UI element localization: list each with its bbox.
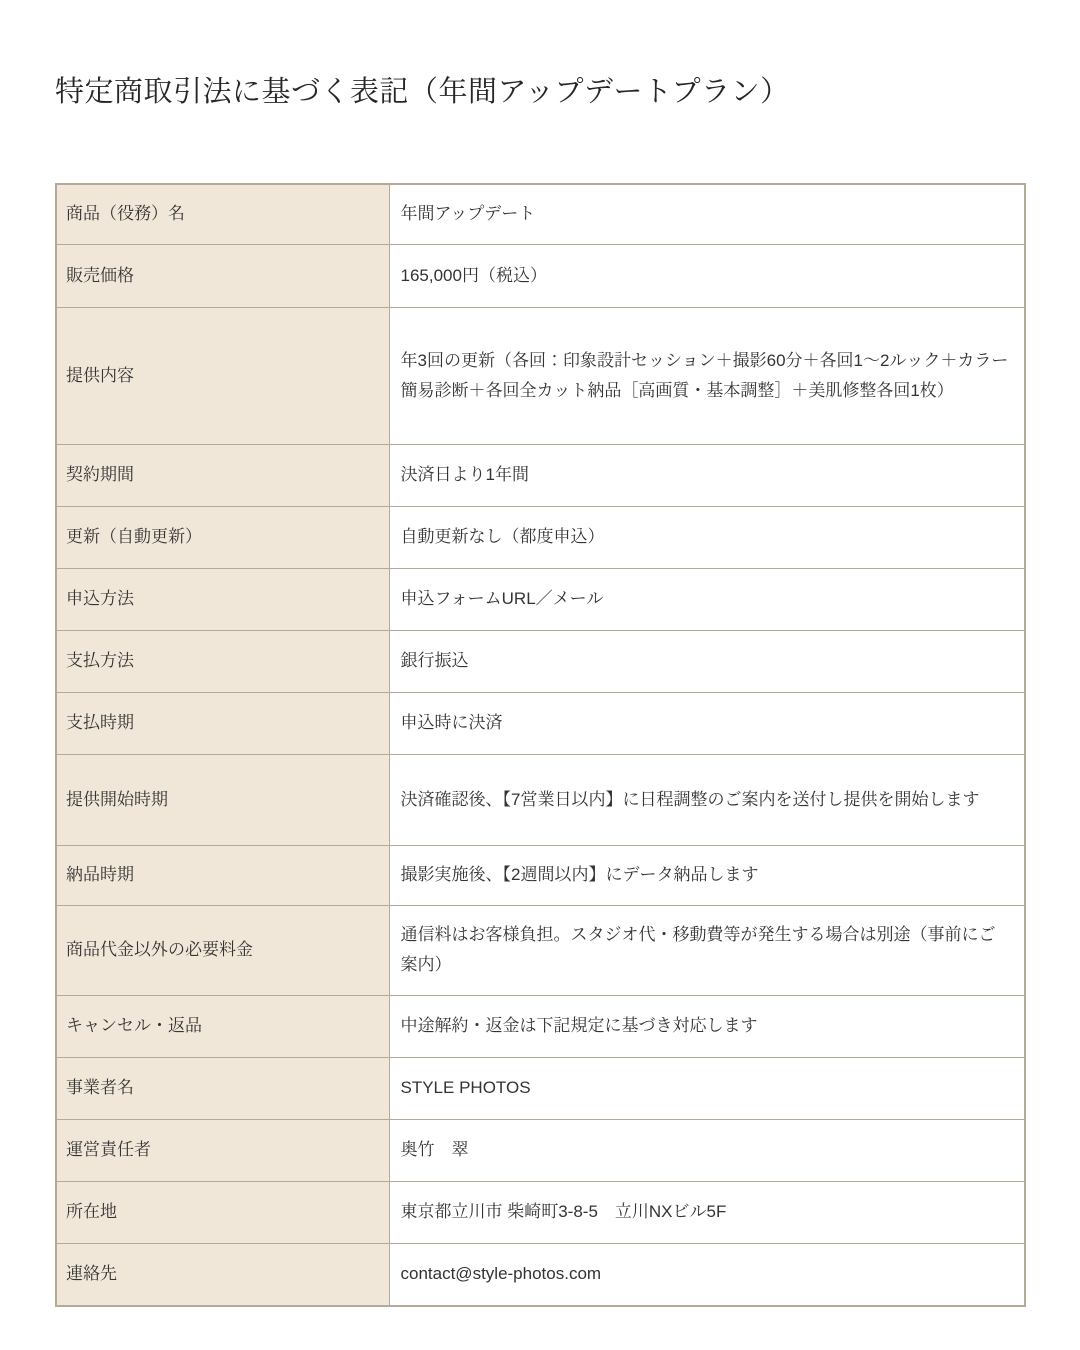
- field-value-address: 東京都立川市 柴崎町3-8-5 立川NXビル5F: [389, 1181, 1025, 1243]
- table-row: 販売価格 165,000円（税込）: [56, 244, 1025, 307]
- field-value-application-method: 申込フォームURL／メール: [389, 568, 1025, 630]
- field-value-additional-fees: 通信料はお客様負担。スタジオ代・移動費等が発生する場合は別途（事前にご案内）: [389, 905, 1025, 995]
- field-label-application-method: 申込方法: [56, 568, 389, 630]
- field-label-price: 販売価格: [56, 244, 389, 307]
- field-value-product-name: 年間アップデート: [389, 184, 1025, 244]
- legal-notice-table: 商品（役務）名 年間アップデート 販売価格 165,000円（税込） 提供内容 …: [55, 183, 1026, 1307]
- field-label-payment-method: 支払方法: [56, 630, 389, 692]
- table-row: 所在地 東京都立川市 柴崎町3-8-5 立川NXビル5F: [56, 1181, 1025, 1243]
- field-label-service-start: 提供開始時期: [56, 754, 389, 845]
- table-row: 運営責任者 奥竹 翠: [56, 1119, 1025, 1181]
- field-label-operations-manager: 運営責任者: [56, 1119, 389, 1181]
- field-value-price: 165,000円（税込）: [389, 244, 1025, 307]
- field-label-cancellation: キャンセル・返品: [56, 995, 389, 1057]
- field-value-service-contents: 年3回の更新（各回：印象設計セッション＋撮影60分＋各回1〜2ルック＋カラー簡易…: [389, 307, 1025, 444]
- field-label-contact: 連絡先: [56, 1243, 389, 1306]
- field-label-service-contents: 提供内容: [56, 307, 389, 444]
- table-row: 事業者名 STYLE PHOTOS: [56, 1057, 1025, 1119]
- field-label-product-name: 商品（役務）名: [56, 184, 389, 244]
- table-row: 提供内容 年3回の更新（各回：印象設計セッション＋撮影60分＋各回1〜2ルック＋…: [56, 307, 1025, 444]
- field-value-cancellation: 中途解約・返金は下記規定に基づき対応します: [389, 995, 1025, 1057]
- page-title: 特定商取引法に基づく表記（年間アップデートプラン）: [55, 74, 790, 112]
- table-row: 商品代金以外の必要料金 通信料はお客様負担。スタジオ代・移動費等が発生する場合は…: [56, 905, 1025, 995]
- field-value-operations-manager: 奥竹 翠: [389, 1119, 1025, 1181]
- field-value-contract-period: 決済日より1年間: [389, 444, 1025, 506]
- table-row: 提供開始時期 決済確認後、【7営業日以内】に日程調整のご案内を送付し提供を開始し…: [56, 754, 1025, 845]
- field-value-business-name: STYLE PHOTOS: [389, 1057, 1025, 1119]
- field-value-service-start: 決済確認後、【7営業日以内】に日程調整のご案内を送付し提供を開始します: [389, 754, 1025, 845]
- field-label-delivery-timing: 納品時期: [56, 845, 389, 905]
- legal-notice-page: 特定商取引法に基づく表記（年間アップデートプラン） 商品（役務）名 年間アップデ…: [0, 0, 1080, 1350]
- field-value-payment-method: 銀行振込: [389, 630, 1025, 692]
- table-row: キャンセル・返品 中途解約・返金は下記規定に基づき対応します: [56, 995, 1025, 1057]
- table-row: 契約期間 決済日より1年間: [56, 444, 1025, 506]
- table-row: 支払時期 申込時に決済: [56, 692, 1025, 754]
- field-value-delivery-timing: 撮影実施後、【2週間以内】にデータ納品します: [389, 845, 1025, 905]
- table-row: 支払方法 銀行振込: [56, 630, 1025, 692]
- field-label-business-name: 事業者名: [56, 1057, 389, 1119]
- table-row: 商品（役務）名 年間アップデート: [56, 184, 1025, 244]
- field-value-payment-timing: 申込時に決済: [389, 692, 1025, 754]
- table-row: 更新（自動更新） 自動更新なし（都度申込）: [56, 506, 1025, 568]
- field-label-contract-period: 契約期間: [56, 444, 389, 506]
- field-label-payment-timing: 支払時期: [56, 692, 389, 754]
- table-row: 連絡先 contact@style-photos.com: [56, 1243, 1025, 1306]
- field-value-contact: contact@style-photos.com: [389, 1243, 1025, 1306]
- table-row: 納品時期 撮影実施後、【2週間以内】にデータ納品します: [56, 845, 1025, 905]
- field-label-renewal: 更新（自動更新）: [56, 506, 389, 568]
- field-value-renewal: 自動更新なし（都度申込）: [389, 506, 1025, 568]
- field-label-address: 所在地: [56, 1181, 389, 1243]
- table-row: 申込方法 申込フォームURL／メール: [56, 568, 1025, 630]
- field-label-additional-fees: 商品代金以外の必要料金: [56, 905, 389, 995]
